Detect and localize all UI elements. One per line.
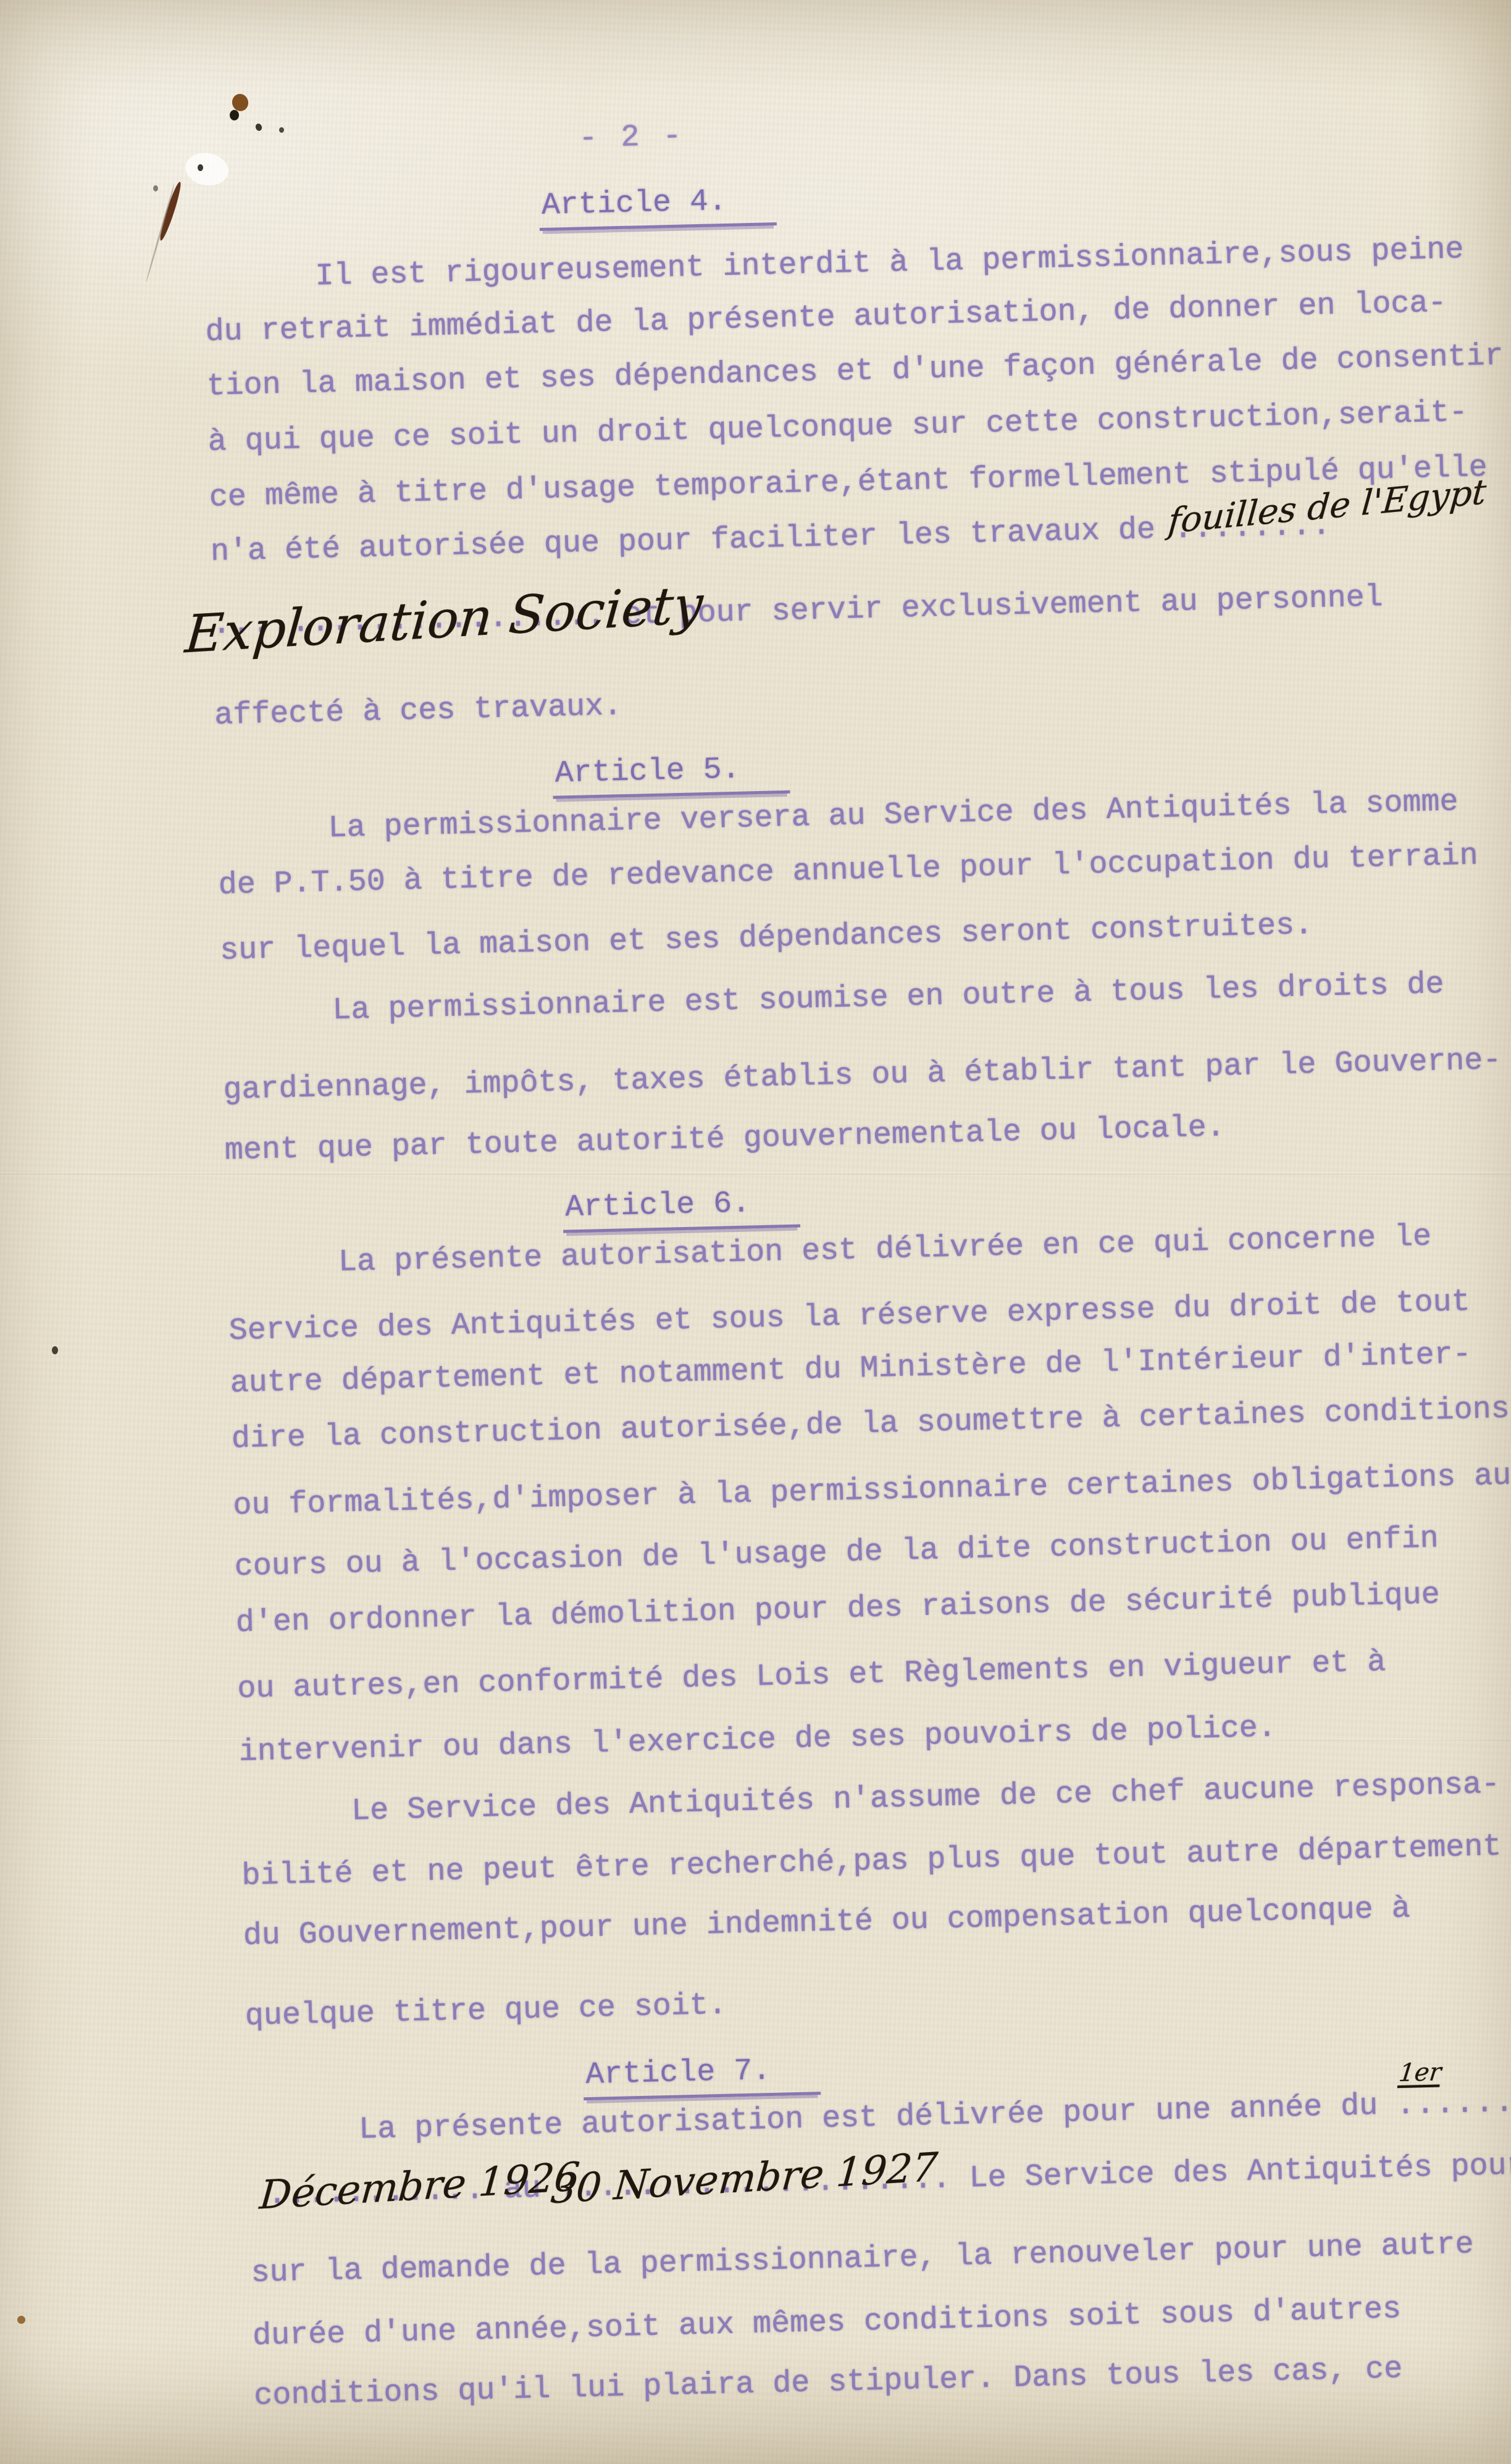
hairline-scratch [145, 184, 175, 282]
text-line: d'en ordonner la démolition pour des rai… [235, 1580, 1440, 1639]
article-heading-text: Article 7. [583, 2055, 821, 2100]
typed-text: quelque titre que ce soit. [245, 1988, 727, 2034]
text-line: Il est rigoureusement interdit à la perm… [315, 235, 1464, 293]
article-heading-text: Article 4. [538, 185, 776, 231]
article-heading: Article 5. [552, 753, 790, 799]
typed-text: Le Service des Antiquités n'assume de ce… [351, 1767, 1501, 1829]
rust-streak [157, 181, 183, 242]
typed-text: sur lequel la maison et ses dépendances … [220, 908, 1313, 969]
text-line: cours ou à l'occasion de l'usage de la d… [234, 1523, 1439, 1583]
typed-text: gardiennage, impôts, taxes établis ou à … [223, 1043, 1502, 1108]
article-heading: Article 7. [583, 2055, 821, 2100]
text-line: La permissionnaire est soumise en outre … [332, 970, 1444, 1026]
typewritten-text-block: - 2 -Article 4.Il est rigoureusement int… [198, 0, 1511, 2463]
typed-text: ou autres,en conformité des Lois et Règl… [237, 1645, 1386, 1707]
text-line: bilité et ne peut être recherché,pas plu… [241, 1832, 1502, 1892]
text-line: La permissionnaire versera au Service de… [328, 787, 1459, 844]
handwritten-text: Décembre 1926 [258, 2157, 581, 2215]
text-line: ou formalités,d'imposer à la permissionn… [233, 1461, 1511, 1522]
text-line: sur lequel la maison et ses dépendances … [220, 910, 1313, 967]
typed-text: La présente autorisation est délivrée po… [359, 2088, 1397, 2148]
typed-text: ment que par toute autorité gouvernement… [224, 1110, 1225, 1168]
typed-text: Il est rigoureusement interdit à la perm… [315, 232, 1464, 295]
typed-text: tion la maison et ses dépendances et d'u… [206, 338, 1504, 404]
handwritten-text: Exploration Society [183, 578, 705, 660]
typed-text: autre département et notamment du Minist… [230, 1337, 1471, 1401]
handwritten-text: 1er [1398, 2060, 1443, 2085]
typed-text: La permissionnaire est soumise en outre … [332, 967, 1444, 1028]
text-line: affecté à ces travaux. [214, 691, 622, 732]
text-line: ou autres,en conformité des Lois et Règl… [237, 1647, 1386, 1705]
typed-text: dire la construction autorisée,de la sou… [231, 1392, 1510, 1457]
text-line: La présente autorisation est délivrée po… [359, 2087, 1511, 2146]
text-line: tion la maison et ses dépendances et d'u… [206, 341, 1504, 402]
typed-text: de P.T.50 à titre de redevance annuelle … [218, 839, 1478, 903]
fill-in-blank: ..................Exploration Society [212, 601, 568, 641]
text-line: autre département et notamment du Minist… [230, 1339, 1471, 1399]
text-line: du retrait immédiat de la présente autor… [205, 288, 1447, 348]
text-line: Le Service des Antiquités n'assume de ce… [351, 1769, 1501, 1827]
fill-in-blank: ........fouilles de l'Egypt [1173, 511, 1332, 545]
typed-text: affecté à ces travaux. [214, 689, 622, 734]
article-heading: Article 6. [563, 1188, 800, 1233]
typed-text: cours ou à l'occasion de l'usage de la d… [234, 1521, 1439, 1585]
article-heading: Article 4. [538, 185, 776, 231]
ink-speck [153, 185, 158, 191]
text-line: dire la construction autorisée,de la sou… [231, 1394, 1510, 1456]
text-line: gardiennage, impôts, taxes établis ou à … [223, 1046, 1502, 1107]
typed-text: intervenir ou dans l'exercice de ses pou… [238, 1711, 1276, 1770]
text-line: La présente autorisation est délivrée en… [338, 1222, 1432, 1278]
typed-text: n'a été autorisée que pour faciliter les… [210, 512, 1174, 570]
page-number: - 2 - [579, 122, 684, 155]
text-line: Service des Antiquités et sous la réserv… [228, 1287, 1470, 1347]
fill-in-blank: .................30 Novembre 1927 [559, 2165, 895, 2204]
text-line: quelque titre que ce soit. [245, 1990, 727, 2032]
text-line: conditions qu'il lui plaira de stipuler.… [254, 2354, 1403, 2412]
text-line: du Gouvernement,pour une indemnité ou co… [243, 1894, 1410, 1953]
text-line: ment que par toute autorité gouvernement… [224, 1112, 1225, 1167]
text-line: sur la demande de la permissionnaire, la… [251, 2229, 1474, 2289]
text-line: à qui que ce soit un droit quelconque su… [207, 398, 1468, 458]
typed-text: du retrait immédiat de la présente autor… [205, 285, 1447, 350]
typed-text: bilité et ne peut être recherché,pas plu… [241, 1829, 1502, 1894]
dotted-leader: ....... [1396, 2085, 1511, 2123]
typed-text: La permissionnaire versera au Service de… [328, 784, 1459, 846]
typed-text: durée d'une année,soit aux mêmes conditi… [252, 2292, 1401, 2354]
handwritten-text: 30 Novembre 1927 [550, 2148, 939, 2210]
typed-text: sur la demande de la permissionnaire, la… [251, 2227, 1474, 2291]
text-line: ...........Décembre 1926 au ............… [267, 2150, 1511, 2211]
typed-text: ou formalités,d'imposer à la permissionn… [233, 1459, 1511, 1524]
document-page: - 2 -Article 4.Il est rigoureusement int… [0, 0, 1511, 2464]
ink-speck [52, 1346, 58, 1354]
rust-dot [17, 2316, 25, 2324]
fill-in-blank: .......1er [1396, 2087, 1511, 2121]
typed-text: conditions qu'il lui plaira de stipuler.… [254, 2352, 1403, 2414]
text-line: n'a été autorisée que pour faciliter les… [210, 511, 1332, 568]
typed-text: d'en ordonner la démolition pour des rai… [235, 1577, 1440, 1641]
typed-text: ... Le Service des Antiquités pourra [895, 2147, 1511, 2198]
typed-text: Service des Antiquités et sous la réserv… [228, 1284, 1470, 1349]
article-heading-text: Article 5. [552, 753, 790, 799]
typed-text: La présente autorisation est délivrée en… [338, 1219, 1432, 1280]
fill-in-blank: ...........Décembre 1926 [267, 2175, 485, 2211]
text-line: de P.T.50 à titre de redevance annuelle … [218, 841, 1478, 902]
typed-text: à qui que ce soit un droit quelconque su… [207, 395, 1468, 460]
article-heading-text: Article 6. [563, 1188, 800, 1233]
page-number-text: - 2 - [579, 119, 684, 157]
text-line: durée d'une année,soit aux mêmes conditi… [253, 2294, 1402, 2352]
typed-text: du Gouvernement,pour une indemnité ou co… [243, 1892, 1410, 1955]
text-line: ..................Exploration Society.. … [212, 582, 1383, 641]
text-line: intervenir ou dans l'exercice de ses pou… [238, 1713, 1276, 1769]
